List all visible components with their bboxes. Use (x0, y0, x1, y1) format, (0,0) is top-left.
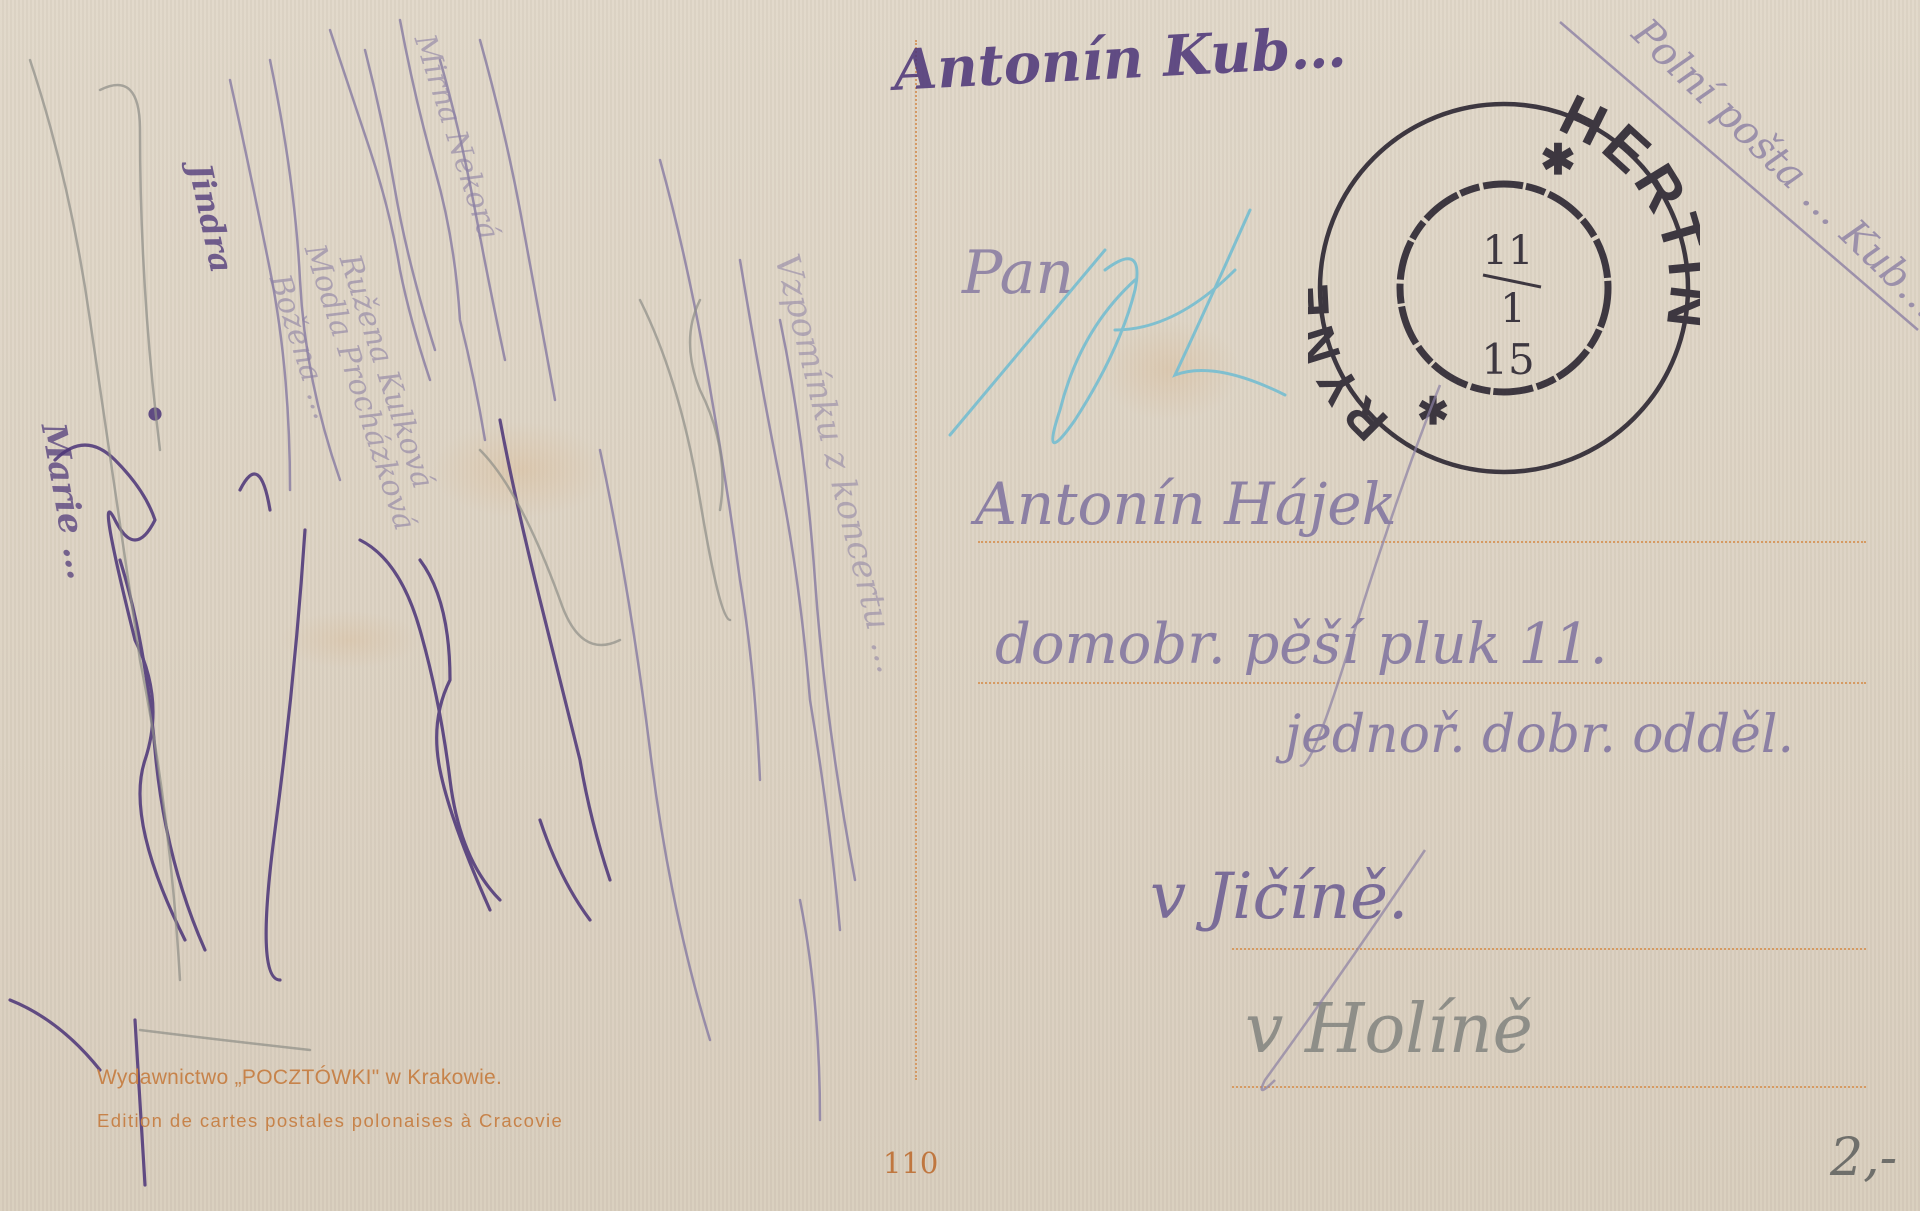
address-line3-text: v Jičíně. (1150, 860, 1408, 934)
message-fragment-6: Vzpomínku z koncertu … (766, 250, 909, 677)
address-line-1 (978, 541, 1866, 543)
divider-line (915, 40, 917, 1080)
postmark-stamp: HERTIN RYNĚ ✱ ✱ 11 1 15 (1308, 92, 1700, 484)
card-number: 110 (883, 1146, 938, 1180)
message-fragment-5: Mirna Nekorá (407, 30, 506, 244)
message-fragment-7: Marie … (33, 420, 100, 583)
price-mark: 2,- (1830, 1128, 1897, 1188)
publisher-imprint-french: Edition de cartes postales polonaises à … (97, 1110, 563, 1132)
address-line-4 (1232, 1086, 1866, 1088)
svg-text:RYNĚ: RYNĚ (1308, 277, 1398, 452)
postmark-town: HERTIN (1550, 92, 1700, 337)
publisher-imprint-polish: Wydawnictwo „POCZTÓWKI" w Krakowie. (97, 1066, 502, 1090)
star-icon: ✱ (1540, 136, 1575, 183)
postmark-day: 11 (1483, 228, 1534, 274)
svg-text:HERTIN: HERTIN (1550, 92, 1700, 337)
postcard-back: Modla Procházková Ružena Kulková Božena … (0, 0, 1920, 1211)
sender-signature: Antonín Kub… (892, 14, 1348, 104)
salutation: Pan (962, 238, 1074, 308)
address-name: Antonín Hájek (975, 470, 1397, 538)
postmark-year: 15 (1481, 335, 1534, 384)
postmark-month: 1 (1500, 286, 1525, 332)
star-icon: ✱ (1417, 391, 1449, 433)
address-line1-text: domobr. pěší pluk 11. (995, 612, 1608, 677)
address-line2-text: jednoř. dobr. odděl. (1285, 705, 1794, 765)
message-fragment-4: Jindra (181, 160, 241, 276)
address-line4-text: v Holíně (1245, 990, 1533, 1069)
address-line-2 (978, 682, 1866, 684)
postmark-left-text: RYNĚ (1308, 277, 1398, 452)
address-line-3 (1232, 948, 1866, 950)
